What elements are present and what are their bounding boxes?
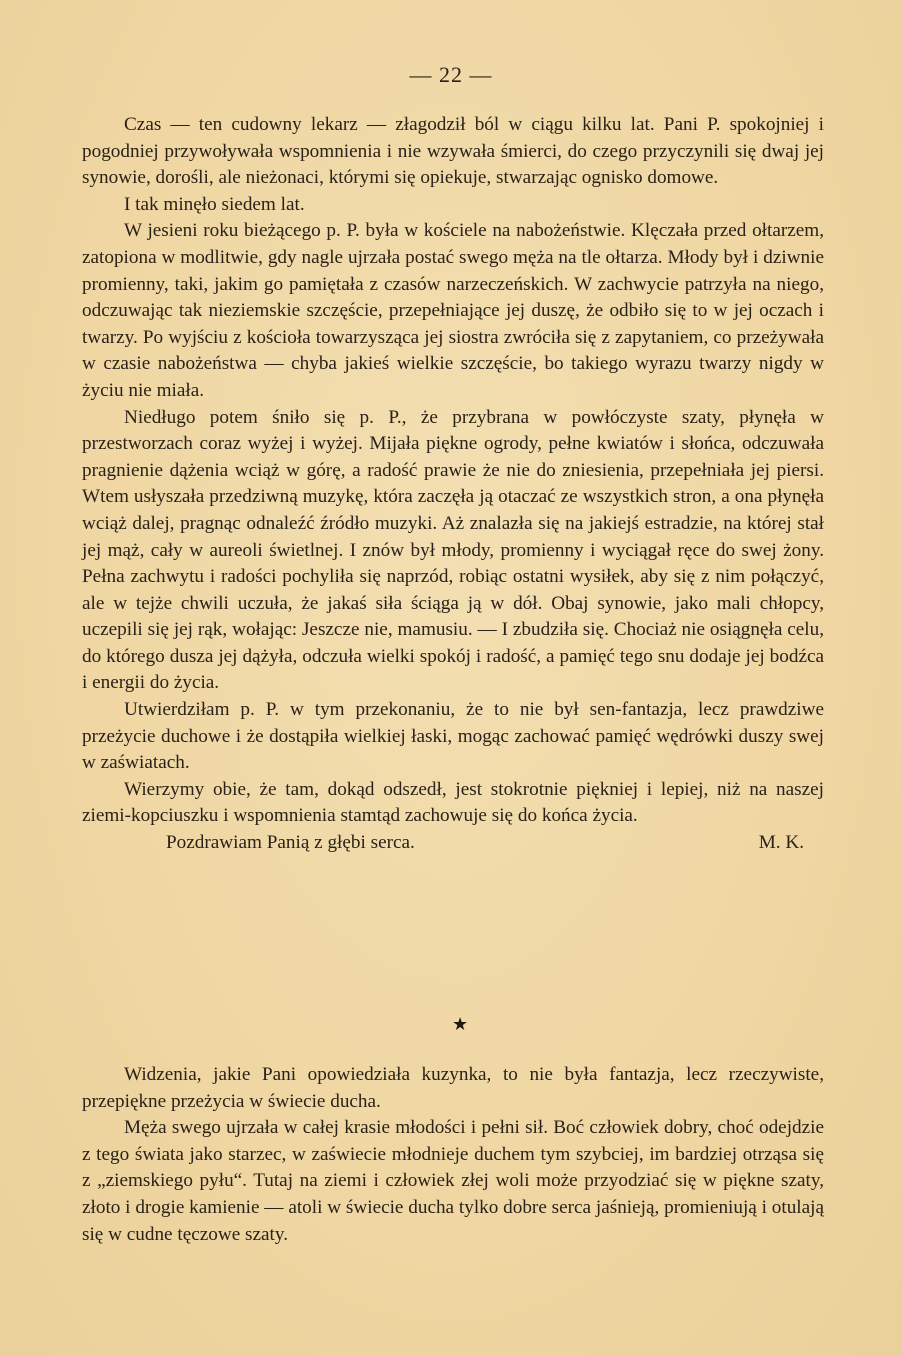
paragraph: Wierzymy obie, że tam, dokąd odszedł, je… [82,777,824,830]
reply-section: Widzenia, jakie Pani opowiedziała kuzynk… [82,1062,824,1248]
closing-text: Pozdrawiam Panią z głębi serca. [82,830,415,857]
paragraph: I tak minęło siedem lat. [82,192,824,219]
paragraph: Czas — ten cudowny lekarz — złagodził bó… [82,112,824,192]
closing-line: Pozdrawiam Panią z głębi serca. M. K. [82,830,824,857]
paragraph: Widzenia, jakie Pani opowiedziała kuzynk… [82,1062,824,1115]
paragraph: Utwierdziłam p. P. w tym przekonaniu, że… [82,697,824,777]
page-number: — 22 — [0,62,902,88]
paragraph: Męża swego ujrzała w całej krasie młodoś… [82,1115,824,1248]
star-separator-icon: ★ [452,1014,468,1035]
signature: M. K. [717,830,804,857]
paragraph: Niedługo potem śniło się p. P., że przyb… [82,405,824,698]
paragraph: W jesieni roku bieżącego p. P. była w ko… [82,218,824,404]
letter-section: Czas — ten cudowny lekarz — złagodził bó… [82,112,824,857]
